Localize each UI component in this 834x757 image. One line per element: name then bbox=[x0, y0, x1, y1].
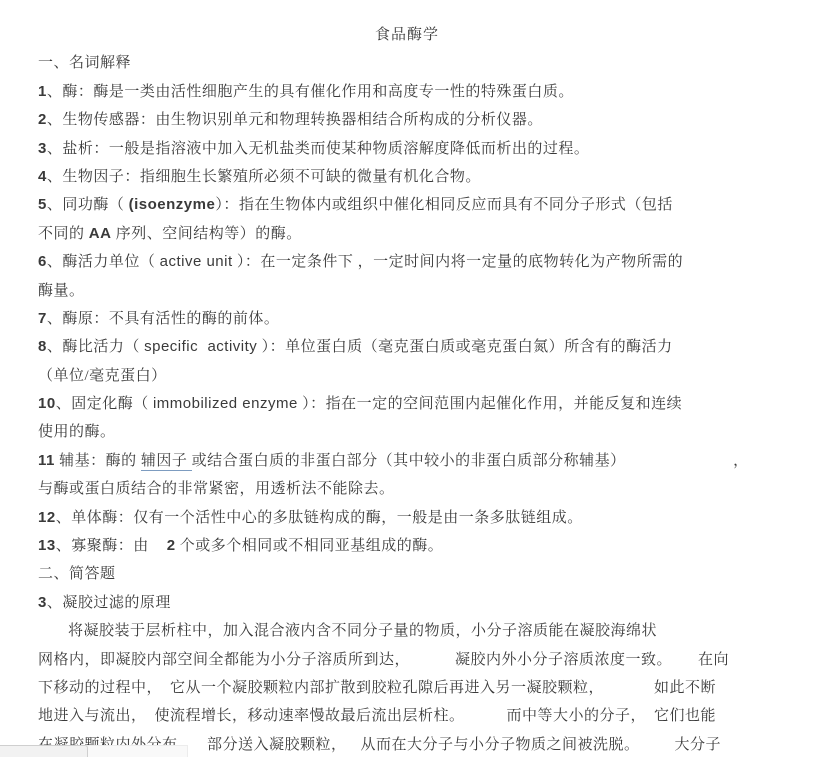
text-run: 而中等大小的分子， bbox=[507, 708, 647, 724]
text-run: ）：单位蛋白质（毫克蛋白质或毫克蛋白氮）所含有的酶活力 bbox=[257, 339, 672, 355]
text-run: 如此不断 bbox=[654, 680, 716, 696]
text-line: 地进入与流出，使流程增长，移动速率慢故最后流出层析柱。而中等大小的分子，它们也能 bbox=[38, 702, 834, 730]
text-run: 、酶活力单位（ bbox=[47, 254, 160, 270]
text-run: 它们也能 bbox=[654, 708, 716, 724]
text-run: （单位/毫克蛋白） bbox=[38, 368, 167, 384]
text-line: 下移动的过程中，它从一个凝胶颗粒内部扩散到胶粒孔隙后再进入另一凝胶颗粒，如此不断 bbox=[38, 674, 834, 702]
text-run: 网格内，即凝胶内部空间全都能为小分子溶质所到达， bbox=[38, 652, 410, 668]
text-run: 8 bbox=[38, 338, 47, 355]
text-run: 在向 bbox=[698, 652, 729, 668]
text-run: 2 bbox=[38, 111, 47, 128]
text-run: 2 bbox=[167, 537, 176, 554]
text-run: AA bbox=[89, 225, 112, 242]
text-run: ）：指在生物体内或组织中催化相同反应而具有不同分子形式（包括 bbox=[215, 197, 673, 213]
text-run: 序列、空间结构等）的酶。 bbox=[111, 226, 301, 242]
text-run: 3 bbox=[38, 140, 47, 157]
document-body: 一、名词解释1、酶：酶是一类由活性细胞产生的具有催化作用和高度专一性的特殊蛋白质… bbox=[38, 49, 834, 757]
text-run: immobilized enzyme bbox=[153, 395, 298, 412]
text-line: 10、固定化酶（ immobilized enzyme ）：指在一定的空间范围内… bbox=[38, 390, 834, 418]
text-run: 部分送入凝胶颗粒， bbox=[207, 737, 347, 753]
document-page: 食品酶学 一、名词解释1、酶：酶是一类由活性细胞产生的具有催化作用和高度专一性的… bbox=[0, 0, 834, 757]
text-line: 7、酶原：不具有活性的酶的前体。 bbox=[38, 305, 834, 333]
text-run: 大分子 bbox=[675, 737, 722, 753]
text-run: 二、简答题 bbox=[38, 566, 116, 582]
underlined-term: 辅因子 bbox=[141, 453, 192, 471]
text-line: 将凝胶装于层析柱中，加入混合液内含不同分子量的物质，小分子溶质能在凝胶海绵状 bbox=[38, 617, 834, 645]
text-run: 使流程增长，移动速率慢故最后流出层析柱。 bbox=[155, 708, 465, 724]
text-run: 、酶原：不具有活性的酶的前体。 bbox=[47, 311, 280, 327]
text-line: 5、同功酶（ (isoenzyme）：指在生物体内或组织中催化相同反应而具有不同… bbox=[38, 191, 834, 219]
text-run: ， bbox=[733, 453, 749, 469]
text-line: 二、简答题 bbox=[38, 560, 834, 588]
text-run: 酶量。 bbox=[38, 283, 85, 299]
text-line: 与酶或蛋白质结合的非常紧密，用透析法不能除去。 bbox=[38, 475, 834, 503]
text-run: ）：在一定条件下 ，一定时间内将一定量的底物转化为产物所需的 bbox=[233, 254, 684, 270]
text-line: 酶量。 bbox=[38, 277, 834, 305]
text-run: ）：指在一定的空间范围内起催化作用，并能反复和连续 bbox=[298, 396, 682, 412]
text-run: 12 bbox=[38, 509, 56, 526]
text-line: 使用的酶。 bbox=[38, 418, 834, 446]
text-run: 1 bbox=[38, 83, 47, 100]
text-run: 将凝胶装于层析柱中，加入混合液内含不同分子量的物质，小分子溶质能在凝胶海绵状 bbox=[68, 623, 657, 639]
text-run: 辅基：酶的 bbox=[55, 453, 141, 469]
text-line: 11 辅基：酶的 辅因子 或结合蛋白质的非蛋白部分（其中较小的非蛋白质部分称辅基… bbox=[38, 447, 834, 475]
text-line: 12、单体酶：仅有一个活性中心的多肽链构成的酶，一般是由一条多肽链组成。 bbox=[38, 504, 834, 532]
text-run: 不同的 bbox=[38, 226, 89, 242]
text-run: 5 bbox=[38, 196, 47, 213]
text-run: 、同功酶（ bbox=[47, 197, 129, 213]
text-run: 一、名词解释 bbox=[38, 55, 131, 71]
text-run: 凝胶内外小分子溶质浓度一致。 bbox=[455, 652, 672, 668]
text-line: 3、凝胶过滤的原理 bbox=[38, 589, 834, 617]
text-run: 、盐析：一般是指溶液中加入无机盐类而使某种物质溶解度降低而析出的过程。 bbox=[47, 141, 590, 157]
text-run: 它从一个凝胶颗粒内部扩散到胶粒孔隙后再进入另一凝胶颗粒， bbox=[170, 680, 604, 696]
browser-status-bubble bbox=[0, 745, 88, 757]
text-run: specific activity bbox=[144, 338, 257, 355]
text-run: 地进入与流出， bbox=[38, 708, 147, 724]
text-run: 、单体酶：仅有一个活性中心的多肽链构成的酶，一般是由一条多肽链组成。 bbox=[56, 510, 583, 526]
text-run: 3 bbox=[38, 594, 47, 611]
text-run: 7 bbox=[38, 310, 47, 327]
text-line: 3、盐析：一般是指溶液中加入无机盐类而使某种物质溶解度降低而析出的过程。 bbox=[38, 135, 834, 163]
text-run: 与酶或蛋白质结合的非常紧密，用透析法不能除去。 bbox=[38, 481, 395, 497]
text-line: 4、生物因子：指细胞生长繁殖所必须不可缺的微量有机化合物。 bbox=[38, 163, 834, 191]
text-run: 个或多个相同或不相同亚基组成的酶。 bbox=[176, 538, 444, 554]
text-run: 、凝胶过滤的原理 bbox=[47, 595, 171, 611]
text-line: 8、酶比活力（ specific activity ）：单位蛋白质（毫克蛋白质或… bbox=[38, 333, 834, 361]
text-line: 1、酶：酶是一类由活性细胞产生的具有催化作用和高度专一性的特殊蛋白质。 bbox=[38, 78, 834, 106]
text-run: 从而在大分子与小分子物质之间被洗脱。 bbox=[361, 737, 640, 753]
text-run: active unit bbox=[160, 253, 233, 270]
text-run: 、生物传感器：由生物识别单元和物理转换器相结合所构成的分析仪器。 bbox=[47, 112, 543, 128]
text-run: 13 bbox=[38, 537, 56, 554]
text-run: 4 bbox=[38, 168, 47, 185]
text-run: 11 bbox=[38, 452, 55, 469]
text-line: 不同的 AA 序列、空间结构等）的酶。 bbox=[38, 220, 834, 248]
text-line: 网格内，即凝胶内部空间全都能为小分子溶质所到达，凝胶内外小分子溶质浓度一致。在向 bbox=[38, 646, 834, 674]
text-run: 使用的酶。 bbox=[38, 424, 116, 440]
document-title: 食品酶学 bbox=[38, 21, 776, 49]
text-run: 6 bbox=[38, 253, 47, 270]
text-line: （单位/毫克蛋白） bbox=[38, 362, 834, 390]
text-line: 6、酶活力单位（ active unit ）：在一定条件下 ，一定时间内将一定量… bbox=[38, 248, 834, 276]
text-line: 一、名词解释 bbox=[38, 49, 834, 77]
text-line: 2、生物传感器：由生物识别单元和物理转换器相结合所构成的分析仪器。 bbox=[38, 106, 834, 134]
text-run: (isoenzyme bbox=[129, 196, 216, 213]
text-run: 、生物因子：指细胞生长繁殖所必须不可缺的微量有机化合物。 bbox=[47, 169, 481, 185]
text-run: 、酶比活力（ bbox=[47, 339, 144, 355]
text-run: 、固定化酶（ bbox=[56, 396, 153, 412]
text-run: 下移动的过程中， bbox=[38, 680, 162, 696]
text-run: 、寡聚酶：由 bbox=[56, 538, 149, 554]
text-run: 10 bbox=[38, 395, 56, 412]
text-run: 、酶：酶是一类由活性细胞产生的具有催化作用和高度专一性的特殊蛋白质。 bbox=[47, 84, 574, 100]
text-run: 或结合蛋白质的非蛋白部分（其中较小的非蛋白质部分称辅基） bbox=[192, 453, 619, 469]
text-line: 13、寡聚酶：由2 个或多个相同或不相同亚基组成的酶。 bbox=[38, 532, 834, 560]
